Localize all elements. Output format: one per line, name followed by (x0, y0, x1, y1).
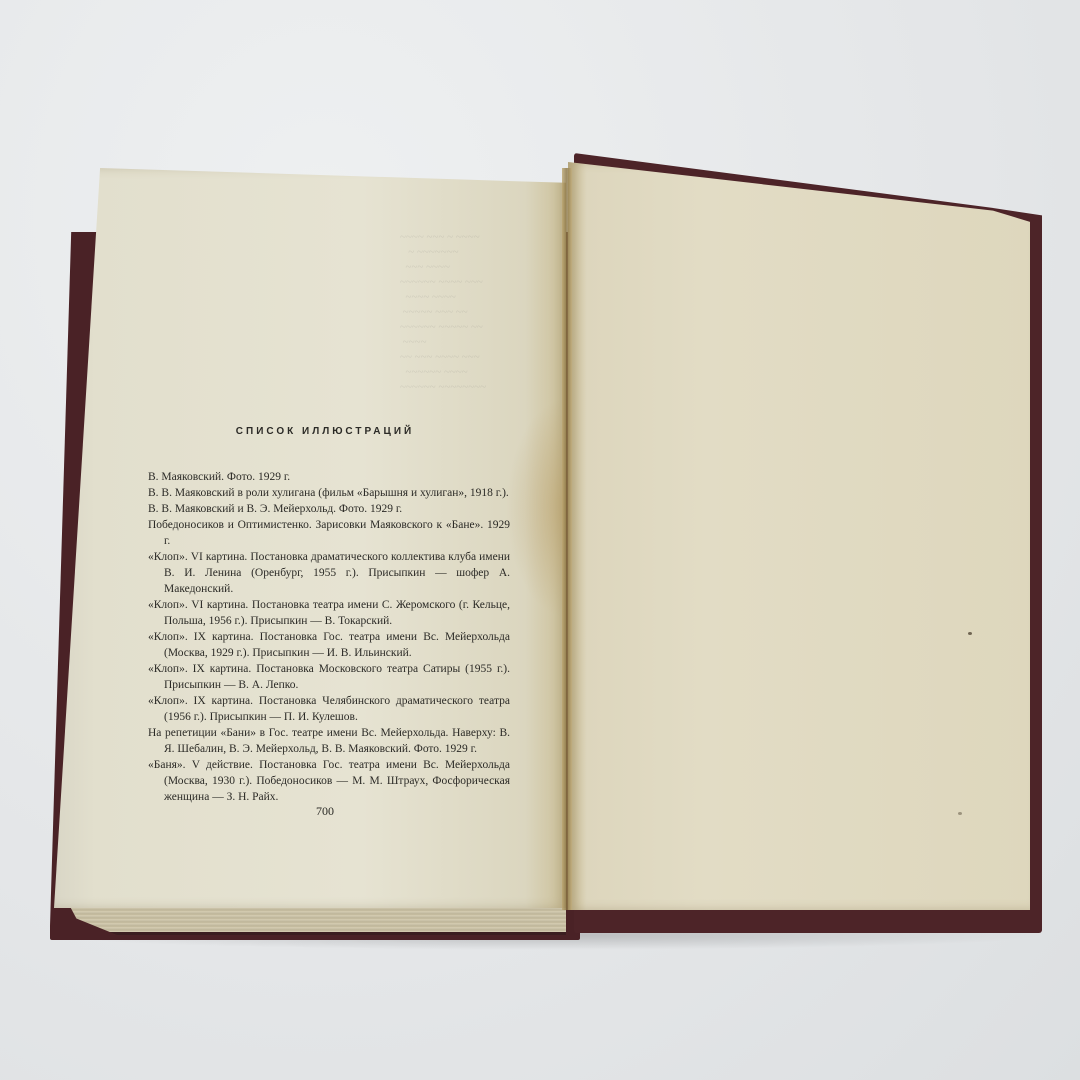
list-item: В. В. Маяковский в роли хулигана (фильм … (140, 485, 510, 501)
list-item: В. Маяковский. Фото. 1929 г. (140, 469, 510, 485)
page-heading: СПИСОК ИЛЛЮСТРАЦИЙ (140, 420, 510, 437)
list-item: «Клоп». IX картина. Постановка Гос. теат… (140, 629, 510, 661)
page-number: 700 (140, 804, 510, 819)
water-stain (506, 398, 566, 618)
list-item: Победоносиков и Оптимистенко. Зарисовки … (140, 517, 510, 549)
foxing-spot (958, 812, 962, 815)
list-item: «Баня». V действие. Постановка Гос. теат… (140, 757, 510, 805)
foxing-spot (968, 632, 972, 635)
show-through-text: ~~~~ ~~~ ~ ~~~~ ~ ~~~~~~~ ~~~ ~~~~ ~~~~~… (400, 230, 520, 395)
list-item: «Клоп». IX картина. Постановка Московско… (140, 661, 510, 693)
list-item: «Клоп». VI картина. Постановка театра им… (140, 597, 510, 629)
book-gutter (562, 168, 572, 910)
list-item: На репетиции «Бани» в Гос. театре имени … (140, 725, 510, 757)
list-item: «Клоп». VI картина. Постановка драматиче… (140, 549, 510, 597)
list-item: «Клоп». IX картина. Постановка Челябинск… (140, 693, 510, 725)
illustrations-list-section: СПИСОК ИЛЛЮСТРАЦИЙ В. Маяковский. Фото. … (140, 420, 510, 805)
list-item: В. В. Маяковский и В. Э. Мейерхольд. Фот… (140, 501, 510, 517)
right-page (568, 162, 1030, 910)
illustrations-list: В. Маяковский. Фото. 1929 г. В. В. Маяко… (140, 469, 510, 805)
